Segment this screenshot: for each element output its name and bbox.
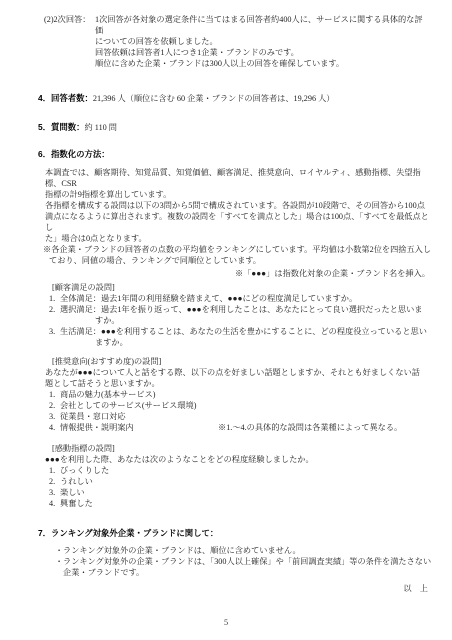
section-question-count: 5．質問数：約 110 問 <box>0 122 452 133</box>
text-line: 題として話そうと思いますか。 <box>0 378 452 389</box>
section-value: 約 110 問 <box>85 123 117 132</box>
average-note-line: ※各企業・ブランドの回答者の点数の平均値をランキングにしています。平均値は小数第… <box>0 244 452 255</box>
text-line: あなたが●●●について人と話をする際、以下の点を好ましい話題としますか、それとも… <box>0 367 452 378</box>
section-excluded-heading: 7．ランキング対象外企業・ブランドに関して： <box>0 528 452 539</box>
list-item-text: うれしい <box>60 477 93 486</box>
text-line: 順位に含めた企業・ブランドは300人以上の回答を確保しています。 <box>95 58 430 69</box>
text-line: 指標の計9指標を算出しています。 <box>0 189 452 200</box>
closing-text: 以 上 <box>0 583 452 594</box>
paragraph-label: (2)2次回答： <box>44 14 90 25</box>
section-heading: 5．質問数： <box>38 122 85 132</box>
industry-variation-note: ※1.～4.の具体的な設問は各業種によって異なる。 <box>218 422 402 433</box>
satisfaction-questions-heading: [顧客満足の設問] <box>0 282 452 293</box>
section-heading: 4．回答者数： <box>38 93 93 103</box>
list-item-number: 4. <box>49 498 60 509</box>
list-item: 3.従業員・窓口対応 <box>0 411 452 422</box>
list-item: 3.生活満足：●●●を利用することは、あなたの生活を豊かにすることに、どの程度役… <box>0 326 452 337</box>
list-item-number: 2. <box>49 400 60 411</box>
recommendation-questions-heading: [推奨意向(おすすめ度)の設問] <box>0 356 452 367</box>
list-item: 4.興奮した <box>0 498 452 509</box>
recommendation-questions-block: あなたが●●●について人と話をする際、以下の点を好ましい話題としますか、それとも… <box>0 367 452 433</box>
bullet-text: ランキング対象外の企業・ブランドは、順位に含めていません。 <box>63 546 301 555</box>
list-item-text: 楽しい <box>60 488 85 497</box>
secondary-response-paragraph: (2)2次回答： 1次回答が各対象の選定条件に当てはまる回答者約400人に、サー… <box>0 14 452 69</box>
average-note-line: ており、同値の場合、ランキングで同順位としています。 <box>0 255 452 266</box>
list-item: 1.びっくりした <box>0 465 452 476</box>
list-item-number: 1. <box>49 389 60 400</box>
section-value: 21,396 人（順位に含む 60 企業・ブランドの回答者は、19,296 人） <box>93 94 335 103</box>
list-item-text: 興奮した <box>60 499 93 508</box>
document-page: (2)2次回答： 1次回答が各対象の選定条件に当てはまる回答者約400人に、サー… <box>0 0 452 640</box>
list-item-number: 2. <box>49 304 60 315</box>
list-item-text: 生活満足：●●●を利用することは、あなたの生活を豊かにすることに、どの程度役立っ… <box>60 327 427 336</box>
bullet-item: ・ ランキング対象外の企業・ブランドは、「300人以上確保」や「前回調査実績」等… <box>0 556 452 567</box>
bullet-icon: ・ <box>55 556 63 567</box>
placeholder-insert-note: ※「●●●」は指数化対象の企業・ブランド名を挿入。 <box>0 268 452 279</box>
list-item-text: 商品の魅力(基本サービス) <box>60 390 156 399</box>
list-item-text: 会社としてのサービス(サービス環境) <box>60 401 196 410</box>
section-excluded-block: ・ ランキング対象外の企業・ブランドは、順位に含めていません。 ・ ランキング対… <box>0 545 452 594</box>
list-item-wrap-line: ますか。 <box>0 337 452 348</box>
list-item-wrap-line: すか。 <box>0 315 452 326</box>
list-item-number: 1. <box>49 293 60 304</box>
page-number: 5 <box>0 617 452 628</box>
text-line: 各指標を構成する設問は以下の3問から5問で構成されています。各設問が10段階で、… <box>0 200 452 211</box>
text-line: 回答依頼は回答者1人につき1企業・ブランドのみです。 <box>95 47 430 58</box>
list-item: 2.選択満足：過去1年を振り返って、●●●を利用したことは、あなたにとって良い選… <box>0 304 452 315</box>
list-item-number: 3. <box>49 411 60 422</box>
satisfaction-questions-block: 1.全体満足：過去1年間の利用経験を踏まえて、●●●にどの程度満足していますか。… <box>0 293 452 348</box>
text-line: ●●●を利用した際、あなたは次のようなことをどの程度経験しましたか。 <box>0 454 452 465</box>
list-item: 1.商品の魅力(基本サービス) <box>0 389 452 400</box>
bullet-icon: ・ <box>55 545 63 556</box>
list-item: 2.うれしい <box>0 476 452 487</box>
text-line: た」場合は0点となります。 <box>0 233 452 244</box>
list-item: 3.楽しい <box>0 487 452 498</box>
text-line: 1次回答が各対象の選定条件に当てはまる回答者約400人に、サービスに関する具体的… <box>95 14 430 36</box>
text-line: 満点になるように算出されます。複数の設問を「すべてを満点とした」場合は100点、… <box>0 211 452 233</box>
list-item-number: 3. <box>49 487 60 498</box>
list-item-text: 全体満足：過去1年間の利用経験を踏まえて、●●●にどの程度満足していますか。 <box>60 294 357 303</box>
list-item-number: 3. <box>49 326 60 337</box>
bullet-text: ランキング対象外の企業・ブランドは、「300人以上確保」や「前回調査実績」等の条… <box>63 557 431 566</box>
section-respondents: 4．回答者数：21,396 人（順位に含む 60 企業・ブランドの回答者は、19… <box>0 93 452 104</box>
emotion-questions-block: ●●●を利用した際、あなたは次のようなことをどの程度経験しましたか。 1.びっく… <box>0 454 452 509</box>
list-item-number: 2. <box>49 476 60 487</box>
section-indexing-heading: 6．指数化の方法： <box>0 149 452 160</box>
list-item-number: 1. <box>49 465 60 476</box>
list-item: 4.情報提供・説明案内 ※1.～4.の具体的な設問は各業種によって異なる。 <box>0 422 452 433</box>
list-item-text: びっくりした <box>60 466 109 475</box>
list-item-number: 4. <box>49 422 60 433</box>
list-item: 1.全体満足：過去1年間の利用経験を踏まえて、●●●にどの程度満足していますか。 <box>0 293 452 304</box>
bullet-item: ・ ランキング対象外の企業・ブランドは、順位に含めていません。 <box>0 545 452 556</box>
bullet-wrap-line: 企業・ブランドです。 <box>0 567 452 578</box>
list-item-text: 情報提供・説明案内 <box>60 423 134 432</box>
list-item: 2.会社としてのサービス(サービス環境) <box>0 400 452 411</box>
list-item-text: 選択満足：過去1年を振り返って、●●●を利用したことは、あなたにとって良い選択だ… <box>60 305 422 314</box>
emotion-questions-heading: [感動指標の設問] <box>0 443 452 454</box>
text-line: 本調査では、顧客期待、知覚品質、知覚価値、顧客満足、推奨意向、ロイヤルティ、感動… <box>0 167 452 189</box>
text-line: についての回答を依頼しました。 <box>95 36 430 47</box>
list-item-text: 従業員・窓口対応 <box>60 412 126 421</box>
